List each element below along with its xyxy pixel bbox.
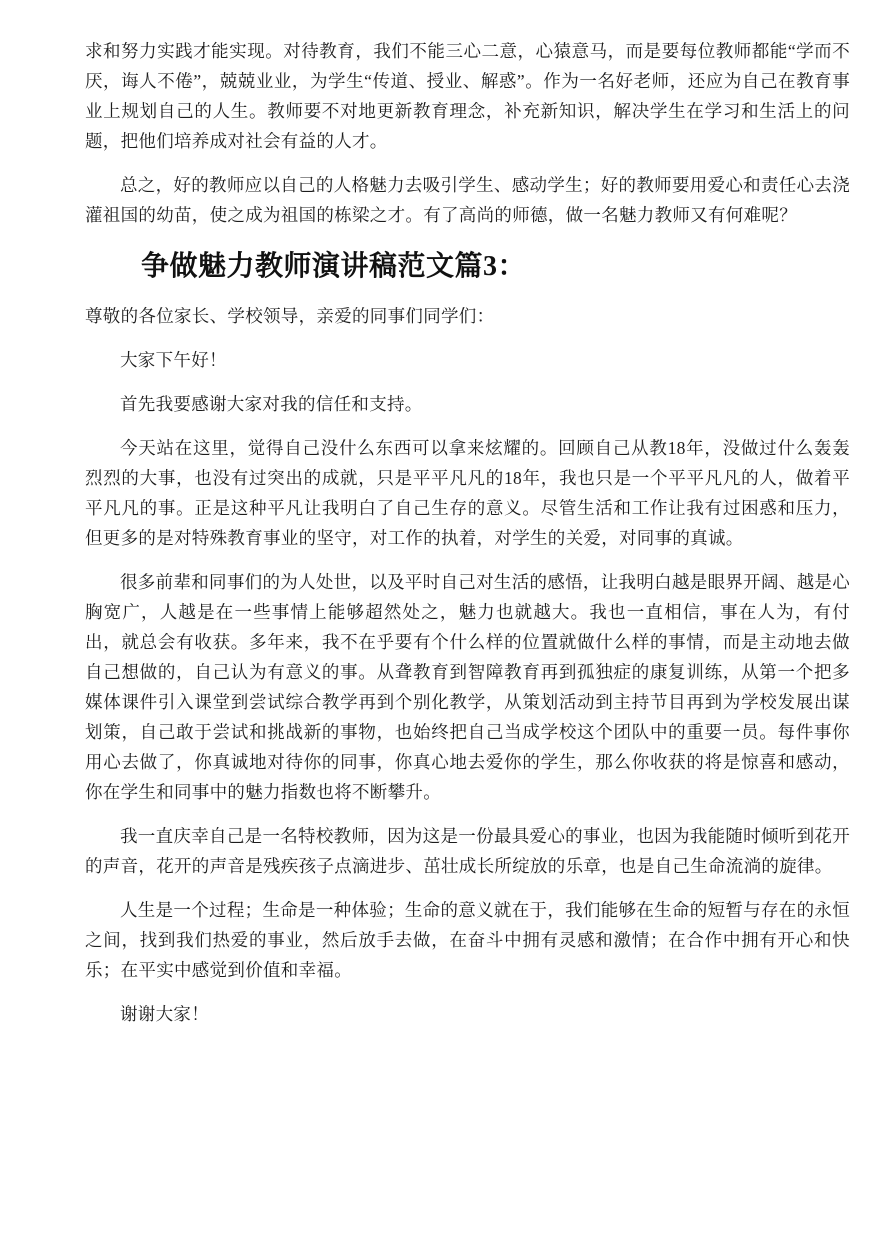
paragraph-work-philosophy: 很多前辈和同事们的为人处世，以及平时自己对生活的感悟，让我明白越是眼界开阔、越是… <box>85 567 850 807</box>
greeting-line: 大家下午好！ <box>85 345 850 375</box>
paragraph-self-introduction: 今天站在这里，觉得自己没什么东西可以拿来炫耀的。回顾自己从教18年，没做过什么轰… <box>85 433 850 553</box>
section-heading: 争做魅力教师演讲稿范文篇3： <box>85 247 850 287</box>
paragraph-conclusion-prev-speech: 总之，好的教师应以自己的人格魅力去吸引学生、感动学生；好的教师要用爱心和责任心去… <box>85 170 850 230</box>
closing-thanks-line: 谢谢大家！ <box>85 999 850 1029</box>
paragraph-continuation: 求和努力实践才能实现。对待教育，我们不能三心二意，心猿意马，而是要每位教师都能“… <box>85 36 850 156</box>
salutation-line: 尊敬的各位家长、学校领导，亲爱的同事们同学们： <box>85 301 850 331</box>
thanks-opening-line: 首先我要感谢大家对我的信任和支持。 <box>85 389 850 419</box>
document-page: 求和努力实践才能实现。对待教育，我们不能三心二意，心猿意马，而是要每位教师都能“… <box>0 0 884 1250</box>
paragraph-special-education: 我一直庆幸自己是一名特校教师，因为这是一份最具爱心的事业，也因为我能随时倾听到花… <box>85 821 850 881</box>
paragraph-life-meaning: 人生是一个过程；生命是一种体验；生命的意义就在于，我们能够在生命的短暂与存在的永… <box>85 895 850 985</box>
